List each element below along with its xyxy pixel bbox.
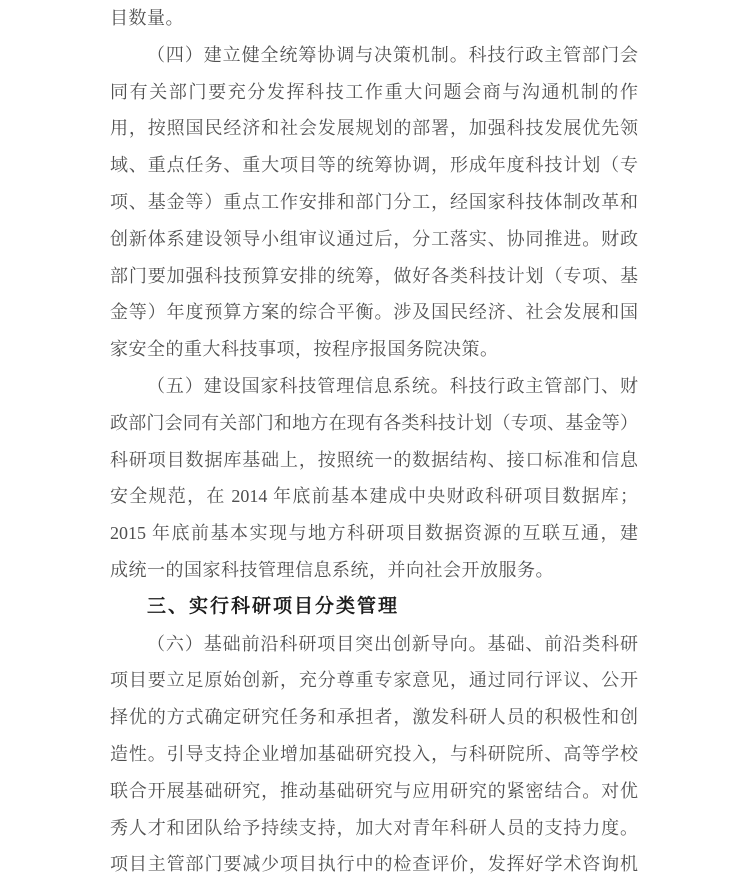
document-line: 2015 年底前基本实现与地方科研项目数据资源的互联互通，建 <box>110 515 638 552</box>
document-line: 金等）年度预算方案的综合平衡。涉及国民经济、社会发展和国 <box>110 294 638 331</box>
document-page: 目数量。 （四）建立健全统筹协调与决策机制。科技行政主管部门会 同有关部门要充分… <box>0 0 750 885</box>
section-heading: 三、实行科研项目分类管理 <box>110 589 638 626</box>
document-line: （四）建立健全统筹协调与决策机制。科技行政主管部门会 <box>110 37 638 74</box>
document-line: （六）基础前沿科研项目突出创新导向。基础、前沿类科研 <box>110 626 638 663</box>
document-line: 项、基金等）重点工作安排和部门分工，经国家科技体制改革和 <box>110 184 638 221</box>
document-line: 择优的方式确定研究任务和承担者，激发科研人员的积极性和创 <box>110 699 638 736</box>
document-line: 造性。引导支持企业增加基础研究投入，与科研院所、高等学校 <box>110 736 638 773</box>
document-line: 目数量。 <box>110 0 638 37</box>
document-line: 域、重点任务、重大项目等的统筹协调，形成年度科技计划（专 <box>110 147 638 184</box>
document-line: （五）建设国家科技管理信息系统。科技行政主管部门、财 <box>110 368 638 405</box>
document-line: 成统一的国家科技管理信息系统，并向社会开放服务。 <box>110 552 638 589</box>
document-line: 项目主管部门要减少项目执行中的检查评价，发挥好学术咨询机 <box>110 846 638 883</box>
document-text-block: 目数量。 （四）建立健全统筹协调与决策机制。科技行政主管部门会 同有关部门要充分… <box>110 0 638 883</box>
document-line: 安全规范，在 2014 年底前基本建成中央财政科研项目数据库； <box>110 478 638 515</box>
document-line: 秀人才和团队给予持续支持，加大对青年科研人员的支持力度。 <box>110 810 638 847</box>
document-line: 同有关部门要充分发挥科技工作重大问题会商与沟通机制的作 <box>110 74 638 111</box>
document-line: 科研项目数据库基础上，按照统一的数据结构、接口标准和信息 <box>110 442 638 479</box>
document-line: 项目要立足原始创新，充分尊重专家意见，通过同行评议、公开 <box>110 662 638 699</box>
document-line: 用，按照国民经济和社会发展规划的部署，加强科技发展优先领 <box>110 110 638 147</box>
document-line: 政部门会同有关部门和地方在现有各类科技计划（专项、基金等） <box>110 405 638 442</box>
document-line: 部门要加强科技预算安排的统筹，做好各类科技计划（专项、基 <box>110 258 638 295</box>
document-line: 创新体系建设领导小组审议通过后，分工落实、协同推进。财政 <box>110 221 638 258</box>
document-line: 家安全的重大科技事项，按程序报国务院决策。 <box>110 331 638 368</box>
document-line: 联合开展基础研究，推动基础研究与应用研究的紧密结合。对优 <box>110 773 638 810</box>
